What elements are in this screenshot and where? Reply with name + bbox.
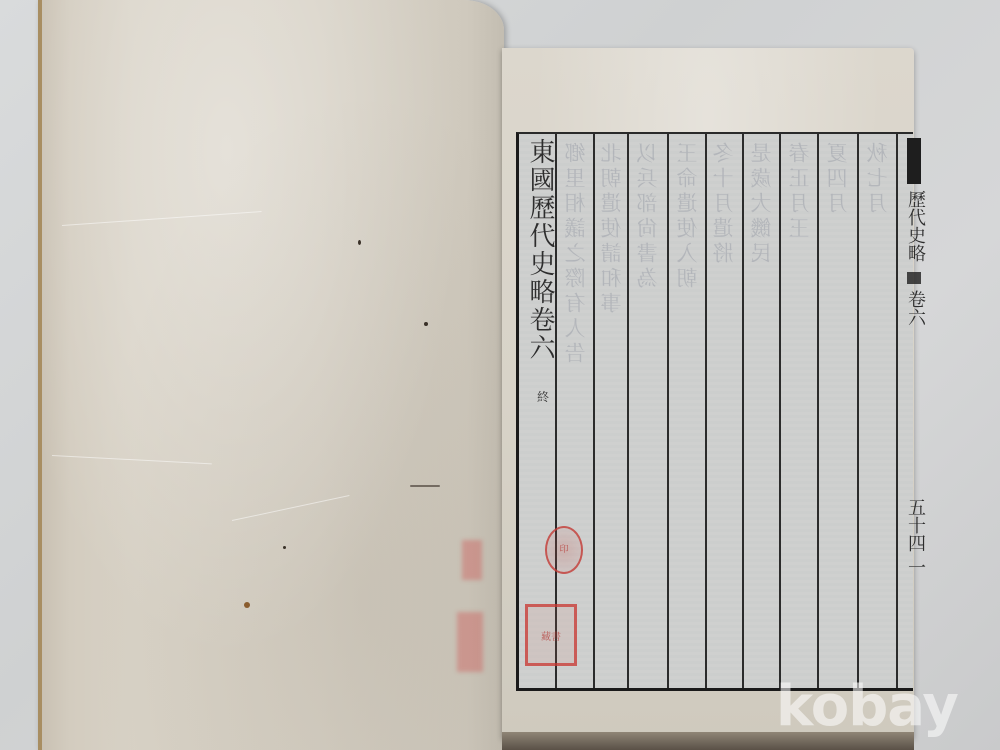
- column-rule: [817, 134, 819, 688]
- ink-spot: [358, 240, 361, 245]
- paper-crease: [232, 495, 350, 521]
- paper-crease: [52, 455, 212, 464]
- column-rule: [857, 134, 859, 688]
- bleed-through-text: 是歲大饑民: [749, 142, 775, 267]
- right-printed-page: 鄕里相議之際有人告 北朝遣使請和事 以兵部尙書為 王命遣使入朝 冬十月遣將 是歲…: [502, 48, 914, 738]
- square-red-seal: 藏書: [525, 604, 577, 666]
- kobay-watermark: kobay: [776, 674, 958, 739]
- end-mark: 終: [537, 388, 549, 405]
- page-number: 五十四: [905, 498, 925, 552]
- round-red-seal: 印: [545, 526, 583, 574]
- bleed-through-text: 北朝遣使請和事: [599, 142, 625, 317]
- bleed-through-text: 鄕里相議之際有人告: [563, 142, 589, 367]
- paper-crease: [62, 211, 262, 226]
- fish-tail-mark-top: [907, 138, 921, 184]
- bleed-through-text: 王命遣使入朝: [675, 142, 701, 292]
- stain-spot: [244, 602, 250, 608]
- printed-border-frame: 鄕里相議之際有人告 北朝遣使請和事 以兵部尙書為 王命遣使入朝 冬十月遣將 是歲…: [516, 132, 913, 691]
- seal-bleed: [462, 540, 482, 580]
- column-rule: [779, 134, 781, 688]
- column-rule: [667, 134, 669, 688]
- bleed-through-text: 秋七月: [865, 142, 891, 217]
- fold-center-column: 歷代史略 卷六 五十四 一: [903, 134, 929, 688]
- left-blank-page: [38, 0, 504, 750]
- column-rule: [593, 134, 595, 688]
- bleed-through-text: 夏四月: [825, 142, 851, 217]
- bleed-through-text: 以兵部尙書為: [635, 142, 661, 292]
- column-rule: [742, 134, 744, 688]
- fold-volume: 卷六: [905, 290, 925, 326]
- closing-title: 東國歷代史略卷六: [525, 138, 555, 362]
- seal-bleed: [457, 612, 483, 672]
- column-rule: [896, 134, 898, 688]
- bleed-through-text: 冬十月遣將: [711, 142, 737, 267]
- ink-spot: [283, 546, 286, 549]
- fold-book-title: 歷代史略: [905, 190, 925, 262]
- page-trailing-mark: 一: [905, 558, 925, 576]
- column-rule: [627, 134, 629, 688]
- column-rule: [705, 134, 707, 688]
- ink-spot: [410, 485, 440, 487]
- bleed-through-text: 春正月王: [787, 142, 813, 242]
- fish-tail-mark-mid: [907, 272, 921, 284]
- ink-spot: [424, 322, 428, 326]
